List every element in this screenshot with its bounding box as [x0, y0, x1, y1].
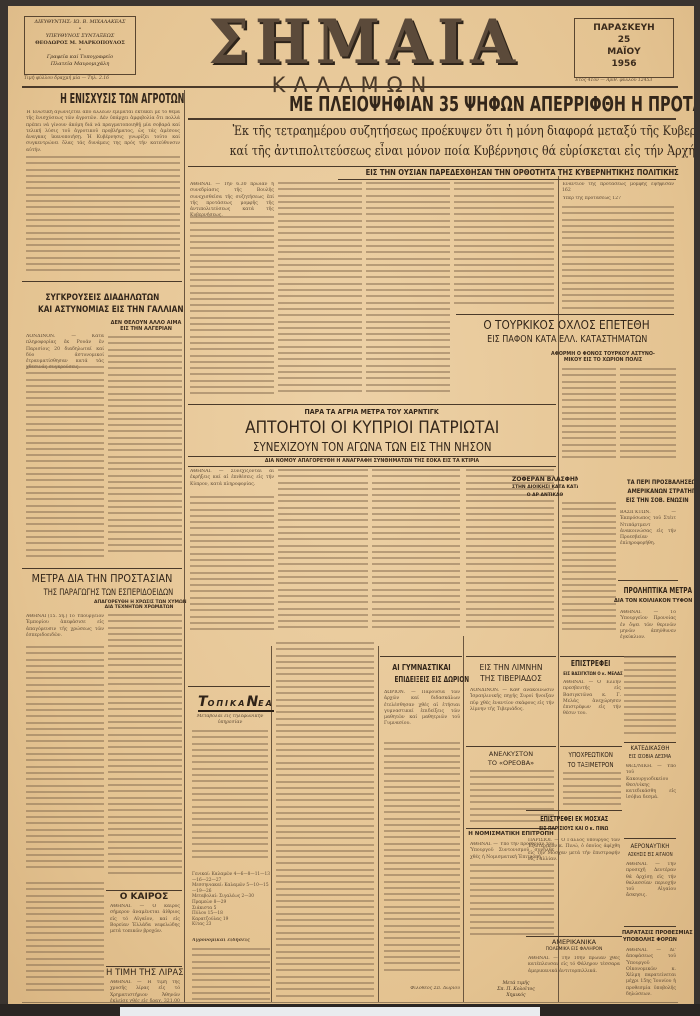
- local-news-label-t: Τ: [198, 694, 208, 710]
- gymnastics-signature: Φιλόθεος Σπ. Δωρίου: [384, 986, 460, 994]
- turkish-mob-subhead-line2: ΜΙΚΟΥ ΕΙΣ ΤΟ ΧΩΡΙΟΝ ΠΟΛΙΣ: [528, 358, 678, 364]
- newspaper-page: ΔΙΕΥΘΥΝΤΗΣ: ΙΩ. Β. ΜΙΧΑΛΑΚΕΑΣ • ΥΠΕΥΘΥΝΟ…: [8, 6, 694, 1008]
- publisher-editor: ΘΕΟΔΩΡΟΣ Μ. ΜΑΡΚΟΠΟΥΛΟΣ: [25, 40, 135, 47]
- generals-headline-line2: ΑΜΕΡΙΚΑΝΩΝ ΣΤΡΑΤΗΓΩΝ: [628, 487, 694, 496]
- local-news-subhead: Μεταβολαί εἰς τηλεφωνικήν ὑπηρεσίαν: [192, 714, 268, 728]
- weather-headline: Ο ΚΑΙΡΟΣ: [106, 892, 182, 902]
- returns-headline-line2: ΕΙΣ ΒΑΣΙΓΚΤΩΝ Ο κ. ΜΕΛΑΣ: [563, 669, 622, 680]
- cyprus-headline-line2: ΣΥΝΕΧΙΖΟΥΝ ΤΟΝ ΑΓΩΝΑ ΤΩΝ ΕΙΣ ΤΗΝ ΝΗΣΟΝ: [253, 440, 492, 454]
- citrus-body-col1: [26, 646, 104, 874]
- main-body-col3: [366, 182, 450, 402]
- divider: [22, 568, 182, 569]
- publisher-box: ΔΙΕΥΘΥΝΤΗΣ: ΙΩ. Β. ΜΙΧΑΛΑΚΕΑΣ • ΥΠΕΥΘΥΝΟ…: [24, 16, 136, 75]
- publisher-editor-label: ΥΠΕΥΘΥΝΟΣ ΣΥΝΤΑΞΕΩΣ: [25, 33, 135, 40]
- publisher-offices: Γραφεῖα καί Τυπογραφεῖο: [25, 54, 135, 61]
- aero-headline-line2: ΑΣΚΗΣΙΣ ΕΙΣ ΑΙΓΑΙΟΝ: [628, 851, 673, 860]
- aero-headline-line1: ΑΕΡΟΝΑΥΤΙΚΗ: [630, 842, 669, 851]
- france-headline-line1: ΣΥΓΚΡΟΥΣΕΙΣ ΔΙΑΔΗΛΩΤΩΝ: [45, 292, 159, 304]
- sofer-headline-line2: ΣΤΗΝ ΔΙΟΙΚΗΣΙ ΚΑΤΑ ΚΑΤΑΣΤΗΜΑΤΩΝ: [512, 484, 578, 492]
- divider: [106, 966, 182, 967]
- extension-headline-line1: ΠΑΡΑΤΑΣΙΣ ΠΡΟΘΕΣΜΙΑΣ: [622, 930, 678, 937]
- divider: [466, 656, 556, 657]
- tiberias-headline-line2: ΤΗΣ ΤΙΒΕΡΙΑΔΟΣ: [466, 673, 556, 684]
- date-day: ΠΑΡΑΣΚΕΥΗ: [575, 22, 673, 34]
- local-news-schedule: Γενικαί: Καλαμῶν 4—6—8—11—13—16—22—27Μεσ…: [192, 872, 270, 928]
- turkish-mob-headline2: ΕΙΣ ΠΑΦΟΝ ΚΑΤΑ ΕΛΛ. ΚΑΤΑΣΤΗΜΑΤΩΝ: [456, 334, 678, 345]
- newspaper-title: ΣΗΜΑΙΑ: [208, 11, 498, 74]
- divider: [188, 166, 676, 167]
- divider: [22, 281, 182, 282]
- sofer-headline: ΖΟΦΕΡΑΝ ΒΛΑΣΦΗΜΙΑ ΣΤΗΝ ΔΙΟΙΚΗΣΙ ΚΑΤΑ ΚΑΤ…: [512, 476, 578, 500]
- prevention-headline-line2: ΔΙΑ ΤΟΝ ΚΟΙΛΙΑΚΟΝ ΤΥΦΟΝ: [614, 596, 692, 606]
- turkish-mob-subhead: ΑΦΟΡΜΗ Ο ΦΟΝΟΣ ΤΟΥΡΚΟΥ ΑΣΤΥΝΟ- ΜΙΚΟΥ ΕΙΣ…: [528, 352, 678, 364]
- moscow-headline-line1: ΕΠΙΣΤΡΕΦΕΙ ΕΚ ΜΟΣΧΑΣ: [540, 814, 608, 824]
- schedule-line: Γενικαί: Καλαμῶν 4—6—8—11—13—16—22—27: [192, 872, 270, 883]
- condemned-headline-line1: ΚΑΤΕΔΙΚΑΣΘΗ: [630, 744, 669, 753]
- bullet: •: [25, 47, 135, 54]
- scan-edge: [0, 1004, 700, 1016]
- schedule-line: Μεσσηνιακαί: Καλαμῶν 5—10—15—19—26: [192, 883, 270, 894]
- main-body-col1: [190, 216, 274, 402]
- masthead: ΣΗΜΑΙΑ ΚΑΛΑΜΩΝ: [208, 12, 498, 96]
- divider: [106, 890, 182, 891]
- divider: [188, 466, 556, 467]
- american-body: ΑΘΗΝΑΙ. — Τήν 10ην πρωΐαν χθές κατέπλευσ…: [528, 956, 620, 1002]
- main-body-col2: [278, 182, 362, 402]
- sofer-headline-line3: Ο ΑΡ ΑΝΤΙΚΑΘ: [512, 492, 578, 500]
- bottom-rule: [22, 1002, 678, 1003]
- generals-headline-line1: ΤΑ ΠΕΡΙ ΠΡΟΣΒΑΛΗΣΕΩΣ: [627, 478, 694, 487]
- turkish-mob-headline-line2: ΕΙΣ ΠΑΦΟΝ ΚΑΤΑ ΕΛΛ. ΚΑΤΑΣΤΗΜΑΤΩΝ: [487, 334, 647, 345]
- citrus-headline-line2: ΤΗΣ ΠΑΡΑΓΩΓΗΣ ΤΩΝ ΕΣΠΕΡΙΔΟΕΙΔΩΝ: [44, 587, 174, 600]
- divider: [466, 746, 556, 747]
- cyprus-continued: [276, 642, 374, 1002]
- condemned-headline-line2: ΕΙΣ ΙΣΟΒΙΑ ΔΕΣΜΑ: [629, 753, 671, 762]
- local-news-label: ΤΟΠΙΚΑΝΕΑ: [198, 694, 274, 712]
- american-headline-line1: ΑΜΕΡΙΚΑΝΙΚΑ: [526, 938, 622, 946]
- aero-headline: ΑΕΡΟΝΑΥΤΙΚΗ ΑΣΚΗΣΙΣ ΕΙΣ ΑΙΓΑΙΟΝ: [622, 842, 678, 860]
- sofer-body: [562, 502, 616, 636]
- divider: [188, 456, 556, 457]
- date-number: 25: [575, 34, 673, 46]
- weather-body: ΑΘΗΝΑΙ. — Ὁ καιρός σήμερον ἀναμένεται ἀί…: [110, 904, 180, 966]
- divider: [456, 314, 674, 315]
- main-body-col5: [562, 206, 674, 312]
- turkish-mob-headline: Ο ΤΟΥΡΚΙΚΟΣ ΟΧΛΟΣ ΕΠΕΤΕΘΗ: [456, 318, 678, 332]
- cyprus-subhead: ΔΙΑ ΝΟΜΟΥ ΑΠΑΓΟΡΕΥΘΗ Η ΑΝΑΓΡΑΦΗ ΣΥΝΘΗΜΑΤ…: [188, 459, 556, 464]
- farmers-body-lines: [26, 156, 180, 278]
- divider: [560, 746, 622, 747]
- cyprus-headline: ΑΠΤΟΗΤΟΙ ΟΙ ΚΥΠΡΙΟΙ ΠΑΤΡΙΩΤΑΙ: [188, 418, 556, 438]
- france-subhead: ΔΕΝ ΘΕΛΟΥΝ ΑΛΛΟ ΑΙΜΑ ΕΙΣ ΤΗΝ ΑΛΓΕΡΙΑΝ: [108, 320, 184, 332]
- divider: [526, 810, 622, 811]
- extension-headline-line2: ΥΠΟΒΟΛΗΣ ΦΟΡΩΝ: [622, 937, 678, 944]
- taxi-headline: ΥΠΟΧΡΕΩΤΙΚΟΝ ΤΟ ΤΑΞΙΜΕΤΡΟΝ: [560, 750, 622, 770]
- moscow-headline-line2: ΕΙΣ ΠΑΡΙΣΙΟΥΣ ΚΑΙ Ο κ. ΠΙΝΩ: [539, 824, 608, 834]
- column-divider: [463, 636, 464, 1002]
- american-headline-line2: ΠΟΛΕΜΙΚΑ ΕΙΣ ΦΑΛΗΡΟΝ: [526, 946, 622, 954]
- unreleased-headline: ΑΝΕΛΚΥΣΤΟΝ ΤΟ «ΟΡΕΟΒΑ»: [466, 750, 556, 768]
- turkish-mob-body-col1: [562, 368, 616, 466]
- returns-right-col: [624, 656, 676, 740]
- divider: [624, 926, 676, 927]
- local-news-label-ea: ΕΑ: [258, 699, 274, 708]
- publisher-address: Πλατεῖα Μαυρομιχάλη: [25, 61, 135, 68]
- moscow-body: ΠΑΡΙΣΙΟΙ. — Ὁ Γάλλος ὑπουργός τῶν Ἐξωτερ…: [528, 838, 620, 946]
- pound-body: ΑΘΗΝΑΙ. — Ἡ τιμή τῆς χρυσῆς λίρας εἰς τό…: [110, 980, 180, 1002]
- main-deck: Ἐκ τῆς τετραημέρου συζητήσεως προέκυψεν …: [188, 124, 676, 159]
- masthead-rule: [22, 86, 678, 88]
- returns-headline: ΕΠΙΣΤΡΕΦΕΙ ΕΙΣ ΒΑΣΙΓΚΤΩΝ Ο κ. ΜΕΛΑΣ: [560, 658, 622, 680]
- cyprus-kicker-text: ΠΑΡΑ ΤΑ ΑΓΡΙΑ ΜΕΤΡΑ ΤΟΥ ΧΑΡΝΤΙΓΚ: [305, 408, 439, 416]
- local-news-body: [192, 730, 268, 866]
- divider: [188, 686, 270, 687]
- prevention-headline: ΠΡΟΛΗΠΤΙΚΑ ΜΕΤΡΑ ΔΙΑ ΤΟΝ ΚΟΙΛΙΑΚΟΝ ΤΥΦΟΝ: [614, 586, 680, 606]
- schedule-line: Κίτας 23: [192, 922, 270, 928]
- tiberias-headline-line1: ΕΙΣ ΤΗΝ ΛΙΜΝΗΝ: [466, 662, 556, 673]
- cyprus-headline-line1: ΑΠΤΟΗΤΟΙ ΟΙ ΚΥΠΡΙΟΙ ΠΑΤΡΙΩΤΑΙ: [245, 418, 499, 438]
- taxi-headline-line2: ΤΟ ΤΑΞΙΜΕΤΡΟΝ: [568, 760, 614, 770]
- gymnastics-headline: ΑΙ ΓΥΜΝΑΣΤΙΚΑΙ ΕΠΙΔΕΙΞΕΙΣ ΕΙΣ ΔΩΡΙΟΝ: [380, 662, 462, 686]
- column-divider: [378, 646, 379, 1002]
- returns-headline-line1: ΕΠΙΣΤΡΕΦΕΙ: [571, 658, 610, 669]
- citrus-headline-line1: ΜΕΤΡΑ ΔΙΑ ΤΗΝ ΠΡΟΣΤΑΣΙΑΝ: [32, 572, 173, 585]
- farmers-headline: Η ΕΝΙΣΧΥΣΙΣ ΤΩΝ ΑΓΡΟΤΩΝ: [22, 92, 182, 107]
- divider: [526, 936, 622, 937]
- tiberias-headline: ΕΙΣ ΤΗΝ ΛΙΜΝΗΝ ΤΗΣ ΤΙΒΕΡΙΑΔΟΣ: [466, 662, 556, 684]
- scan-background-sheet: [120, 1007, 540, 1016]
- unreleased-headline-line1: ΑΝΕΛΚΥΣΤΟΝ: [466, 750, 556, 759]
- cyprus-body-col1: [190, 496, 274, 636]
- unreleased-headline-line2: ΤΟ «ΟΡΕΟΒΑ»: [466, 759, 556, 768]
- france-body-col2: [108, 336, 182, 564]
- main-headline-text: ΜΕ ΠΛΕΙΟΨΗΦΙΑΝ 35 ΨΗΦΩΝ ΑΠΕΡΡΙΦΘΗ Η ΠΡΟΤ…: [289, 92, 694, 116]
- aero-body: ΑΘΗΝΑΙ. — Τήν προσεχῆ Δευτέραν θά ἀρχίσῃ…: [626, 862, 676, 922]
- sofer-headline-line1: ΖΟΦΕΡΑΝ ΒΛΑΣΦΗΜΙΑ: [512, 476, 578, 484]
- date-month: ΜΑΪΟΥ: [575, 46, 673, 58]
- turkish-mob-body-col2: [620, 368, 676, 466]
- citrus-headline: ΜΕΤΡΑ ΔΙΑ ΤΗΝ ΠΡΟΣΤΑΣΙΑΝ ΤΗΣ ΠΑΡΑΓΩΓΗΣ Τ…: [22, 572, 182, 600]
- main-headline: ΜΕ ΠΛΕΙΟΨΗΦΙΑΝ 35 ΨΗΦΩΝ ΑΠΕΡΡΙΦΘΗ Η ΠΡΟΤ…: [188, 92, 676, 116]
- condemned-body: ΘΕΣ/ΝΙΚΗ. — Ὑπό τοῦ Κακουργιοδικείου Θεσ…: [626, 764, 676, 836]
- turkish-mob-headline-line1: Ο ΤΟΥΡΚΙΚΟΣ ΟΧΛΟΣ ΕΠΕΤΕΘΗ: [484, 318, 650, 332]
- citrus-body-col2: [108, 614, 182, 882]
- cyprus-kicker: ΠΑΡΑ ΤΑ ΑΓΡΙΑ ΜΕΤΡΑ ΤΟΥ ΧΑΡΝΤΙΓΚ: [188, 408, 556, 416]
- bullet: •: [25, 26, 135, 33]
- vote-against: Ἐναντίον τῆς προτάσεως μομφῆς ἐψήφισαν 1…: [562, 182, 674, 196]
- generals-headline-line3: ΕΙΣ ΤΗΝ ΣΟΒ. ΕΝΩΣΙΝ: [626, 496, 689, 505]
- returns-body: ΑΘΗΝΑΙ. — Ὁ Ἕλλην πρεσβευτής εἰς Βασιγκτ…: [563, 680, 621, 760]
- main-body-col4: [454, 182, 554, 310]
- gymnastics-headline-line2: ΕΠΙΔΕΙΞΕΙΣ ΕΙΣ ΔΩΡΙΟΝ: [394, 674, 469, 686]
- taxi-body: [563, 772, 621, 812]
- schedule-title: Ἀγρονομικαί εἰδήσεις: [192, 938, 270, 946]
- column-divider: [184, 90, 185, 1002]
- france-body-col1: [26, 366, 104, 564]
- generals-body: ΒΑΣΙΓΚΤΩΝ. — Ἐκπρόσωπος τοῦ Στέιτ Ντιπάρ…: [620, 510, 676, 570]
- main-headline-rule: [188, 118, 676, 120]
- france-headline-line2: ΚΑΙ ΑΣΤΥΝΟΜΙΑΣ ΕΙΣ ΤΗΝ ΓΑΛΛΙΑΝ: [38, 304, 184, 316]
- divider: [188, 404, 556, 405]
- divider: [338, 179, 676, 180]
- generals-headline: ΤΑ ΠΕΡΙ ΠΡΟΣΒΑΛΗΣΕΩΣ ΑΜΕΡΙΚΑΝΩΝ ΣΤΡΑΤΗΓΩ…: [618, 478, 678, 505]
- prevention-headline-line1: ΠΡΟΛΗΠΤΙΚΑ ΜΕΤΡΑ: [624, 586, 692, 596]
- local-news-body2: [192, 948, 270, 1002]
- main-deck-line2: καί τῆς ἀντιπολιτεύσεως εἶναι μόνον ποία…: [230, 144, 694, 159]
- date-year: 1956: [575, 58, 673, 70]
- extension-headline: ΠΑΡΑΤΑΣΙΣ ΠΡΟΘΕΣΜΙΑΣ ΥΠΟΒΟΛΗΣ ΦΟΡΩΝ: [622, 930, 678, 944]
- france-headline: ΣΥΓΚΡΟΥΣΕΙΣ ΔΙΑΔΗΛΩΤΩΝ ΚΑΙ ΑΣΤΥΝΟΜΙΑΣ ΕΙ…: [22, 292, 182, 316]
- moscow-headline: ΕΠΙΣΤΡΕΦΕΙ ΕΚ ΜΟΣΧΑΣ ΕΙΣ ΠΑΡΙΣΙΟΥΣ ΚΑΙ Ο…: [522, 814, 626, 834]
- main-subhead: ΕΙΣ ΤΗΝ ΟΥΣΙΑΝ ΠΑΡΕΔΕΧΘΗΣΑΝ ΤΗΝ ΟΡΘΟΤΗΤΑ…: [338, 168, 676, 177]
- divider: [618, 580, 678, 581]
- local-news-label-n: Ν: [246, 694, 258, 710]
- citrus-subhead: ΑΠΑΓΟΡΕΥΘΗ Η ΧΡΩΣΙΣ ΤΩΝ ΧΥΜΩΝ ΔΙΑ ΤΕΧΝΗΤ…: [94, 600, 184, 610]
- american-headline: ΑΜΕΡΙΚΑΝΙΚΑ ΠΟΛΕΜΙΚΑ ΕΙΣ ΦΑΛΗΡΟΝ: [526, 938, 622, 954]
- cyprus-headline2: ΣΥΝΕΧΙΖΟΥΝ ΤΟΝ ΑΓΩΝΑ ΤΩΝ ΕΙΣ ΤΗΝ ΝΗΣΟΝ: [188, 440, 556, 454]
- extension-body: ΑΘΗΝΑΙ. — Δι' ἀποφάσεως τοῦ Ὑπουργοῦ Οἰκ…: [626, 948, 676, 1002]
- condemned-headline: ΚΑΤΕΔΙΚΑΣΘΗ ΕΙΣ ΙΣΟΒΙΑ ΔΕΣΜΑ: [622, 744, 678, 762]
- issue-note: Ἔτος 41ον — Ἀριθ. φύλλου 12453: [574, 78, 652, 83]
- date-box: ΠΑΡΑΣΚΕΥΗ 25 ΜΑΪΟΥ 1956: [574, 18, 674, 78]
- farmers-headline-text: Η ΕΝΙΣΧΥΣΙΣ ΤΩΝ ΑΓΡΟΤΩΝ: [60, 92, 184, 107]
- citrus-body-col1-cont: [26, 882, 104, 996]
- gymnastics-body: ΔΩΡΙΟΝ. — Παρουσία τῶν ἀρχῶν καί διδασκά…: [384, 690, 460, 740]
- main-subhead-text: ΕΙΣ ΤΗΝ ΟΥΣΙΑΝ ΠΑΡΕΔΕΧΘΗΣΑΝ ΤΗΝ ΟΡΘΟΤΗΤΑ…: [366, 168, 679, 177]
- vote-for: Ὑπέρ τῆς προτάσεως 127: [562, 196, 674, 204]
- cyprus-body-col2: [278, 469, 368, 637]
- publisher-director: ΔΙΕΥΘΥΝΤΗΣ: ΙΩ. Β. ΜΙΧΑΛΑΚΕΑΣ: [25, 19, 135, 26]
- citrus-subhead-line2: ΔΙΑ ΤΕΧΝΗΤΩΝ ΧΡΩΜΑΤΩΝ: [94, 605, 184, 610]
- cyprus-body-col3: [372, 469, 460, 637]
- price-note: Τιμή φύλλου δραχμή μία — Τηλ. 2.16: [24, 76, 109, 81]
- divider: [624, 742, 676, 743]
- divider: [380, 656, 462, 657]
- gymnastics-headline-line1: ΑΙ ΓΥΜΝΑΣΤΙΚΑΙ: [392, 662, 450, 674]
- gymnastics-body-cont: [384, 742, 460, 982]
- main-deck-line1: Ἐκ τῆς τετραημέρου συζητήσεως προέκυψεν …: [233, 124, 694, 139]
- taxi-headline-line1: ΥΠΟΧΡΕΩΤΙΚΟΝ: [569, 750, 613, 760]
- local-news-label-opika: ΟΠΙΚΑ: [208, 699, 247, 708]
- pound-headline: Η ΤΙΜΗ ΤΗΣ ΛΙΡΑΣ: [106, 968, 182, 978]
- divider: [624, 838, 676, 839]
